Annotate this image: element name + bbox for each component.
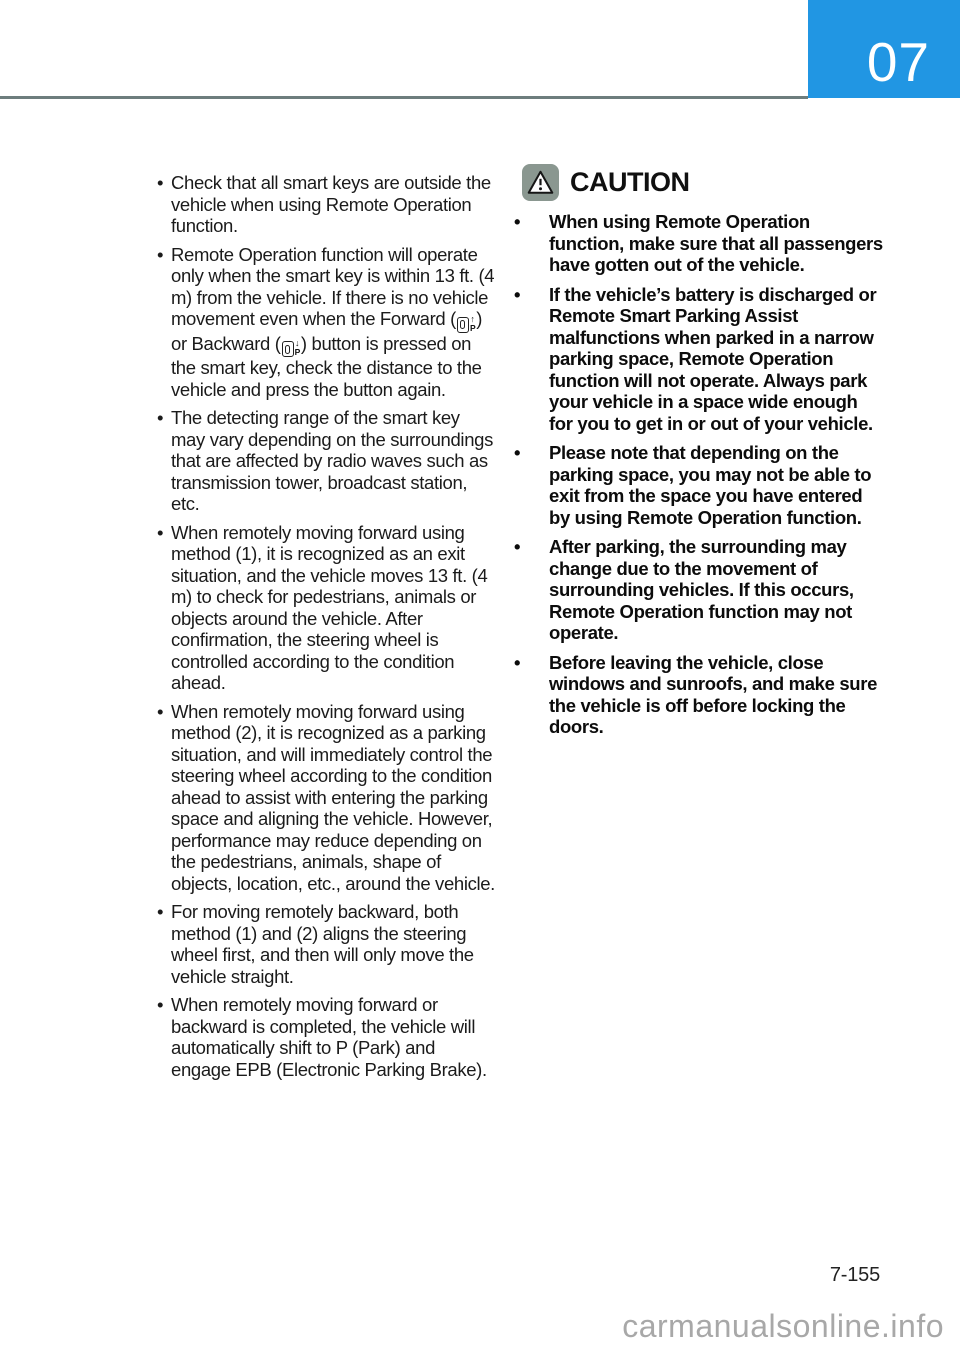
left-column: Check that all smart keys are outside th… bbox=[157, 172, 497, 1087]
caution-header: CAUTION bbox=[522, 164, 884, 201]
list-item: Please note that depending on the parkin… bbox=[512, 442, 884, 528]
warning-icon bbox=[522, 164, 559, 201]
parking-letter: P bbox=[295, 348, 300, 357]
caution-title: CAUTION bbox=[570, 167, 690, 198]
car-glyph bbox=[460, 320, 465, 329]
list-item: Remote Operation function will operate o… bbox=[157, 244, 497, 401]
manual-page: 07 Check that all smart keys are outside… bbox=[0, 0, 960, 1346]
warning-triangle-icon bbox=[527, 170, 554, 195]
remote-backward-button-icon: ↓P bbox=[282, 337, 300, 357]
list-item-text: Remote Operation function will operate o… bbox=[171, 244, 494, 330]
remote-forward-button-icon: ↑P bbox=[457, 313, 475, 333]
caution-section: CAUTION When using Remote Operation func… bbox=[512, 164, 884, 746]
list-item: If the vehicle’s battery is discharged o… bbox=[512, 284, 884, 435]
list-item: When using Remote Operation function, ma… bbox=[512, 211, 884, 276]
list-item: The detecting range of the smart key may… bbox=[157, 407, 497, 515]
list-item: When remotely moving forward using metho… bbox=[157, 522, 497, 694]
page-number: 7-155 bbox=[760, 1264, 880, 1287]
list-item: After parking, the surrounding may chang… bbox=[512, 536, 884, 644]
list-item: Before leaving the vehicle, close window… bbox=[512, 652, 884, 738]
header-rule bbox=[0, 96, 808, 99]
list-item: When remotely moving forward using metho… bbox=[157, 701, 497, 895]
key-button-outline bbox=[282, 341, 294, 357]
caution-bullet-list: When using Remote Operation function, ma… bbox=[512, 211, 884, 738]
chapter-number: 07 bbox=[867, 35, 930, 90]
watermark: carmanualsonline.info bbox=[622, 1308, 944, 1345]
car-glyph bbox=[285, 345, 290, 354]
chapter-tab: 07 bbox=[808, 0, 960, 98]
list-item: Check that all smart keys are outside th… bbox=[157, 172, 497, 237]
list-item: For moving remotely backward, both metho… bbox=[157, 901, 497, 987]
list-item: When remotely moving forward or backward… bbox=[157, 994, 497, 1080]
parking-letter: P bbox=[470, 324, 475, 333]
key-button-outline bbox=[457, 317, 469, 333]
left-bullet-list: Check that all smart keys are outside th… bbox=[157, 172, 497, 1080]
